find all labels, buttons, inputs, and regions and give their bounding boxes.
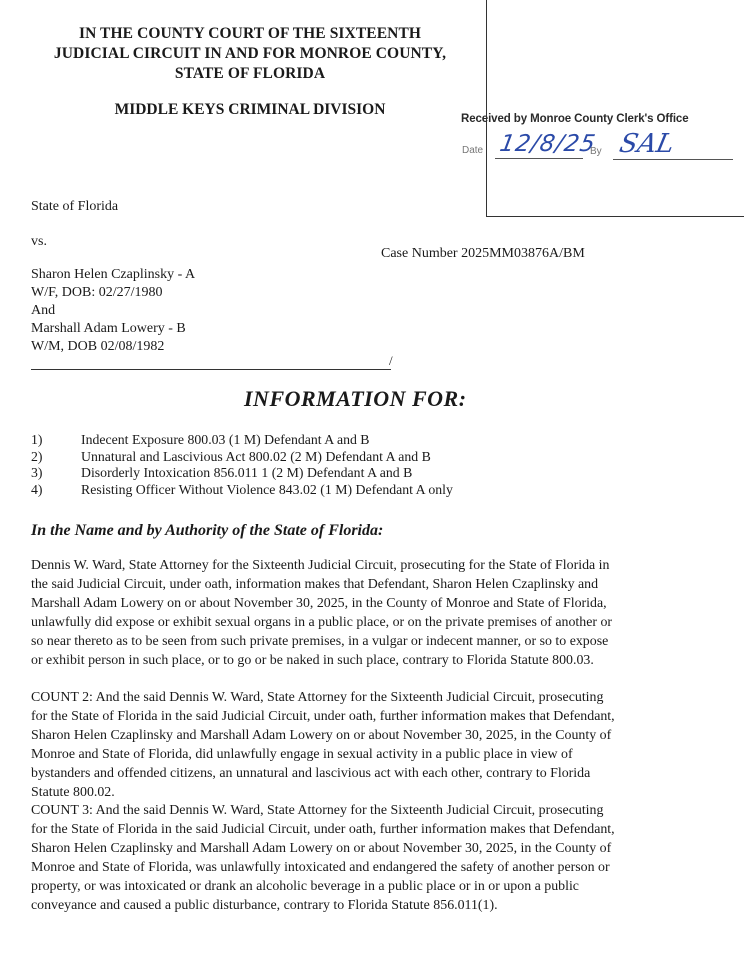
clerk-stamp-initials-handwritten: SAL xyxy=(617,129,677,159)
court-header-line-1: IN THE COUNTY COURT OF THE SIXTEENTH xyxy=(20,24,480,44)
paragraph-line: unlawfully did expose or exhibit sexual … xyxy=(31,613,691,632)
charge-number: 4) xyxy=(31,482,81,499)
paragraph-line: Monroe and State of Florida, was unlawfu… xyxy=(31,858,691,877)
paragraph-line: conveyance and caused a public disturban… xyxy=(31,896,691,915)
court-header-line-3: STATE OF FLORIDA xyxy=(20,64,480,84)
charge-number: 2) xyxy=(31,449,81,466)
clerk-stamp-title: Received by Monroe County Clerk's Office xyxy=(461,113,689,125)
paragraph-line: the said Judicial Circuit, under oath, i… xyxy=(31,575,691,594)
case-number: Case Number 2025MM03876A/BM xyxy=(381,245,585,263)
paragraph-line: Dennis W. Ward, State Attorney for the S… xyxy=(31,556,691,575)
paragraph-line: bystanders and offended citizens, an unn… xyxy=(31,764,691,783)
paragraph-line: COUNT 2: And the said Dennis W. Ward, St… xyxy=(31,688,691,707)
defendant-a-details: W/F, DOB: 02/27/1980 xyxy=(31,284,195,302)
paragraph-line: Marshall Adam Lowery on or about Novembe… xyxy=(31,594,691,613)
division-title: MIDDLE KEYS CRIMINAL DIVISION xyxy=(20,101,480,119)
paragraph-line: for the State of Florida in the said Jud… xyxy=(31,820,691,839)
versus-label: vs. xyxy=(31,233,47,251)
count-2-paragraph: COUNT 2: And the said Dennis W. Ward, St… xyxy=(31,688,691,802)
charge-text: Resisting Officer Without Violence 843.0… xyxy=(81,482,453,499)
paragraph-line: Monroe and State of Florida, did unlawfu… xyxy=(31,745,691,764)
charge-item: 1) Indecent Exposure 800.03 (1 M) Defend… xyxy=(31,432,453,449)
caption-slash: / xyxy=(389,353,393,369)
paragraph-line: property, or was intoxicated or drank an… xyxy=(31,877,691,896)
court-header-line-2: JUDICIAL CIRCUIT IN AND FOR MONROE COUNT… xyxy=(20,44,480,64)
plaintiff-name: State of Florida xyxy=(31,198,118,216)
charge-text: Unnatural and Lascivious Act 800.02 (2 M… xyxy=(81,449,431,466)
caption-divider xyxy=(31,369,391,370)
paragraph-line: Sharon Helen Czaplinsky and Marshall Ada… xyxy=(31,839,691,858)
charge-text: Indecent Exposure 800.03 (1 M) Defendant… xyxy=(81,432,370,449)
paragraph-line: so near thereto as to be seen from such … xyxy=(31,632,691,651)
charges-list: 1) Indecent Exposure 800.03 (1 M) Defend… xyxy=(31,432,453,498)
charge-item: 2) Unnatural and Lascivious Act 800.02 (… xyxy=(31,449,453,466)
paragraph-line: Statute 800.02. xyxy=(31,783,691,802)
clerk-stamp-date-line xyxy=(495,158,583,159)
defendant-b-details: W/M, DOB 02/08/1982 xyxy=(31,338,195,356)
charge-number: 3) xyxy=(31,465,81,482)
clerk-stamp-by-label: By xyxy=(590,146,602,157)
defendants-block: Sharon Helen Czaplinsky - A W/F, DOB: 02… xyxy=(31,266,195,356)
count-3-paragraph: COUNT 3: And the said Dennis W. Ward, St… xyxy=(31,801,691,915)
authority-heading: In the Name and by Authority of the Stat… xyxy=(31,522,383,540)
charge-item: 4) Resisting Officer Without Violence 84… xyxy=(31,482,453,499)
clerk-stamp-by-line xyxy=(613,159,733,160)
defendant-b-name: Marshall Adam Lowery - B xyxy=(31,320,195,338)
paragraph-line: Sharon Helen Czaplinsky and Marshall Ada… xyxy=(31,726,691,745)
information-heading: INFORMATION FOR: xyxy=(244,386,467,412)
clerk-stamp-date-handwritten: 12/8/25 xyxy=(498,131,598,157)
defendants-conjunction: And xyxy=(31,302,195,320)
court-header: IN THE COUNTY COURT OF THE SIXTEENTH JUD… xyxy=(20,24,480,84)
charge-item: 3) Disorderly Intoxication 856.011 1 (2 … xyxy=(31,465,453,482)
clerk-stamp-date-label: Date xyxy=(462,145,483,156)
defendant-a-name: Sharon Helen Czaplinsky - A xyxy=(31,266,195,284)
paragraph-line: COUNT 3: And the said Dennis W. Ward, St… xyxy=(31,801,691,820)
charge-number: 1) xyxy=(31,432,81,449)
charge-text: Disorderly Intoxication 856.011 1 (2 M) … xyxy=(81,465,412,482)
paragraph-line: or exhibit person in such place, or to g… xyxy=(31,651,691,670)
clerk-stamp-box xyxy=(486,0,744,217)
paragraph-line: for the State of Florida in the said Jud… xyxy=(31,707,691,726)
count-1-paragraph: Dennis W. Ward, State Attorney for the S… xyxy=(31,556,691,670)
